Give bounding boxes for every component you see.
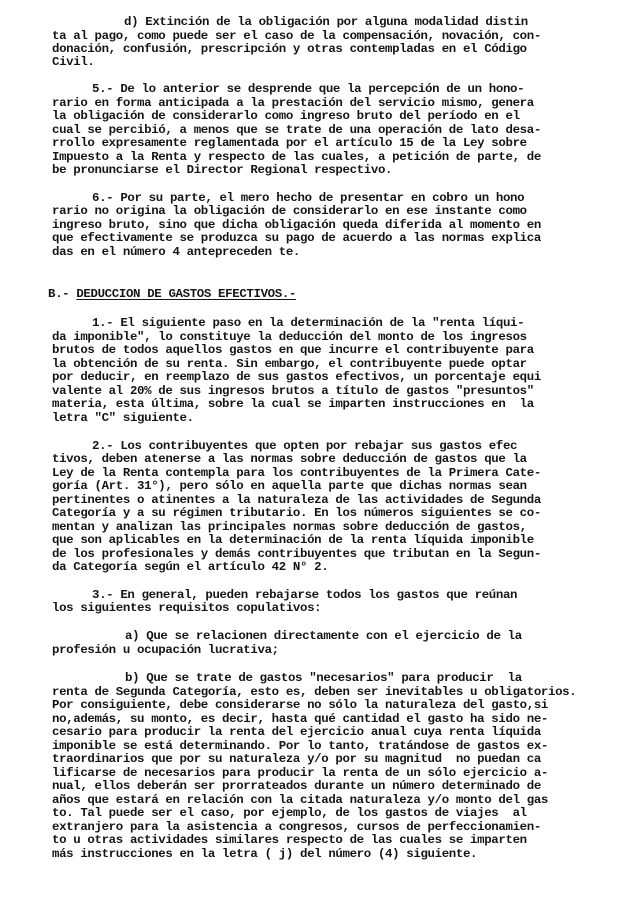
para-b1-line-8: letra "C" siguiente. bbox=[52, 412, 194, 426]
req-b-line-3: Por consiguiente, debe considerarse no s… bbox=[52, 699, 548, 713]
req-b-line-7: traordinarios que por su naturaleza y/o … bbox=[52, 753, 541, 767]
req-b-line-5: cesario para producir la renta del ejerc… bbox=[52, 726, 541, 740]
para-b1-line-1: 1.- El siguiente paso en la determinació… bbox=[92, 317, 524, 331]
para-5-line-1: 5.- De lo anterior se desprende que la p… bbox=[92, 83, 524, 97]
para-b2-line-6: Categoría y a su régimen tributario. En … bbox=[52, 507, 541, 521]
section-heading-b: B.- DEDUCCION DE GASTOS EFECTIVOS.- bbox=[48, 288, 296, 302]
document-page: d) Extinción de la obligación por alguna… bbox=[0, 0, 630, 913]
req-b-line-11: to. Tal puede ser el caso, por ejemplo, … bbox=[52, 807, 527, 821]
heading-prefix: B.- bbox=[48, 287, 76, 301]
req-b-line-13: to u otras actividades similares respect… bbox=[52, 834, 527, 848]
req-b-line-14: más instrucciones en la letra ( j) del n… bbox=[52, 848, 477, 862]
para-5-line-5: rrollo expresamente reglamentada por el … bbox=[52, 137, 527, 151]
para-b1-line-7: materia, esta última, sobre la cual se i… bbox=[52, 398, 534, 412]
para-b1-line-3: brutos de todos aquellos gastos en que i… bbox=[52, 344, 534, 358]
req-a-line-1: a) Que se relacionen directamente con el… bbox=[125, 630, 522, 644]
para-b3-line-2: los siguientes requisitos copulativos: bbox=[52, 602, 321, 616]
item-d-line-1: d) Extinción de la obligación por alguna… bbox=[52, 16, 528, 30]
item-d-line-4: Civil. bbox=[52, 56, 95, 70]
para-b2-line-10: da Categoría según el artículo 42 N° 2. bbox=[52, 561, 328, 575]
para-5-line-3: la obligación de considerarlo como ingre… bbox=[52, 110, 520, 124]
para-b2-line-4: goría (Art. 31°), pero sólo en aquella p… bbox=[52, 480, 527, 494]
req-a-line-2: profesión u ocupación lucrativa; bbox=[52, 644, 279, 658]
para-6-line-5: das en el número 4 antepreceden te. bbox=[52, 246, 300, 260]
para-b2-line-8: que son aplicables en la determinación d… bbox=[52, 534, 534, 548]
para-5-line-7: be pronunciarse el Director Regional res… bbox=[52, 164, 392, 178]
req-b-line-1: b) Que se trate de gastos "necesarios" p… bbox=[125, 672, 522, 686]
para-b2-line-2: tivos, deben atenerse a las normas sobre… bbox=[52, 453, 527, 467]
heading-title: DEDUCCION DE GASTOS EFECTIVOS.- bbox=[76, 287, 296, 301]
item-d-line-3: donación, confusión, prescripción y otra… bbox=[52, 43, 527, 57]
para-b1-line-5: por deducir, en reemplazo de sus gastos … bbox=[52, 371, 541, 385]
req-b-line-9: nual, ellos deberán ser prorrateados dur… bbox=[52, 780, 541, 794]
para-6-line-2: rario no origina la obligación de consid… bbox=[52, 205, 527, 219]
para-6-line-4: que efectivamente se produzca su pago de… bbox=[52, 232, 541, 246]
